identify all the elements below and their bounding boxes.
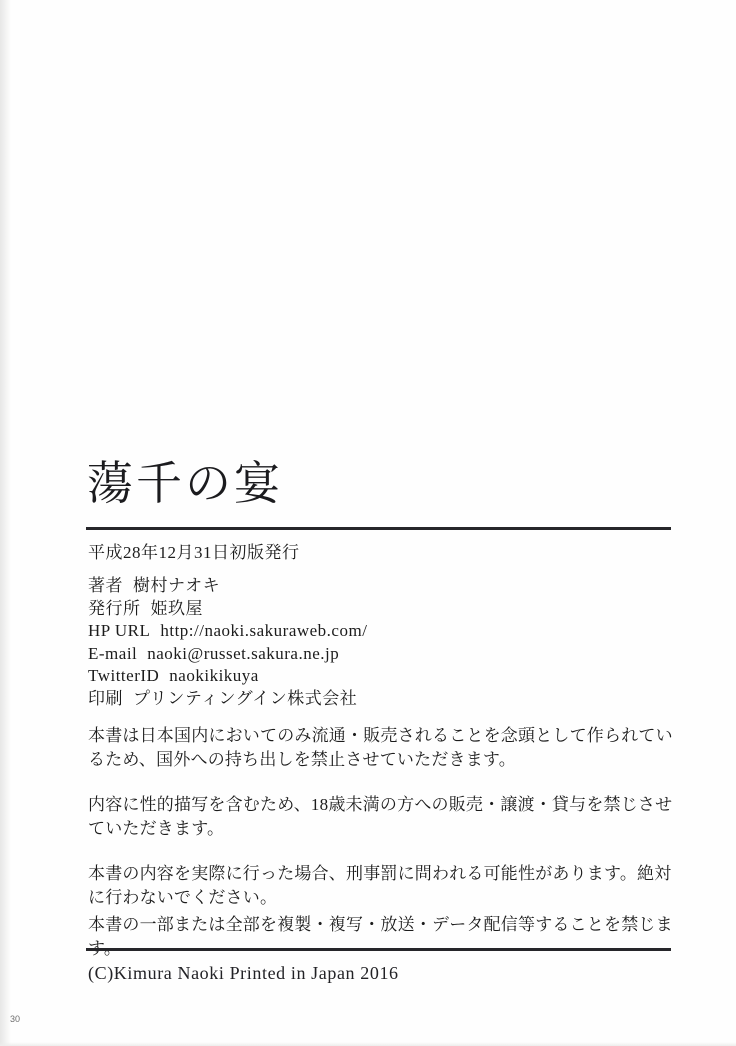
notice-do-not-imitate: 本書の内容を実際に行った場合、刑事罰に問われる可能性があります。絶対に行わないで… xyxy=(88,862,676,910)
homepage-url: http://naoki.sakuraweb.com/ xyxy=(160,621,367,640)
title-divider-rule xyxy=(86,527,671,530)
email-label: E-mail xyxy=(88,644,137,663)
homepage-label: HP URL xyxy=(88,621,150,640)
colophon-row-printer: 印刷プリンティングイン株式会社 xyxy=(88,688,367,711)
book-title: 蕩千の宴 xyxy=(87,456,283,511)
copyright-divider-rule xyxy=(86,948,671,951)
twitter-label: TwitterID xyxy=(88,666,159,685)
publisher-label: 発行所 xyxy=(88,599,141,618)
twitter-id: naokikikuya xyxy=(169,666,259,685)
scan-edge-artifact xyxy=(0,0,11,1046)
colophon-row-homepage: HP URLhttp://naoki.sakuraweb.com/ xyxy=(88,620,367,643)
printer-value: プリンティングイン株式会社 xyxy=(133,689,357,708)
author-value: 樹村ナオキ xyxy=(133,576,220,595)
publisher-value: 姫玖屋 xyxy=(151,599,204,618)
colophon-row-twitter: TwitterIDnaokikikuya xyxy=(88,665,367,688)
notice-adults-only: 内容に性的描写を含むため、18歳未満の方への販売・譲渡・貸与を禁じさせていただき… xyxy=(88,793,676,841)
notice-domestic-only: 本書は日本国内においてのみ流通・販売されることを念頭として作られているため、国外… xyxy=(88,724,676,772)
notice-no-reproduction: 本書の一部または全部を複製・複写・放送・データ配信等することを禁じます。 xyxy=(88,913,676,961)
colophon-info-block: 著者樹村ナオキ 発行所姫玖屋 HP URLhttp://naoki.sakura… xyxy=(88,575,367,710)
edition-date-line: 平成28年12月31日初版発行 xyxy=(88,538,300,563)
colophon-row-author: 著者樹村ナオキ xyxy=(88,575,367,598)
colophon-row-publisher: 発行所姫玖屋 xyxy=(88,598,367,621)
scan-edge-artifact-bottom xyxy=(0,1042,736,1046)
printer-label: 印刷 xyxy=(88,689,123,708)
copyright-line: (C)Kimura Naoki Printed in Japan 2016 xyxy=(88,963,399,984)
author-label: 著者 xyxy=(88,576,123,595)
colophon-row-email: E-mailnaoki@russet.sakura.ne.jp xyxy=(88,643,367,666)
email-address: naoki@russet.sakura.ne.jp xyxy=(147,644,339,663)
colophon-page: 蕩千の宴 平成28年12月31日初版発行 著者樹村ナオキ 発行所姫玖屋 HP U… xyxy=(0,0,736,1046)
page-number: 30 xyxy=(10,1014,20,1024)
